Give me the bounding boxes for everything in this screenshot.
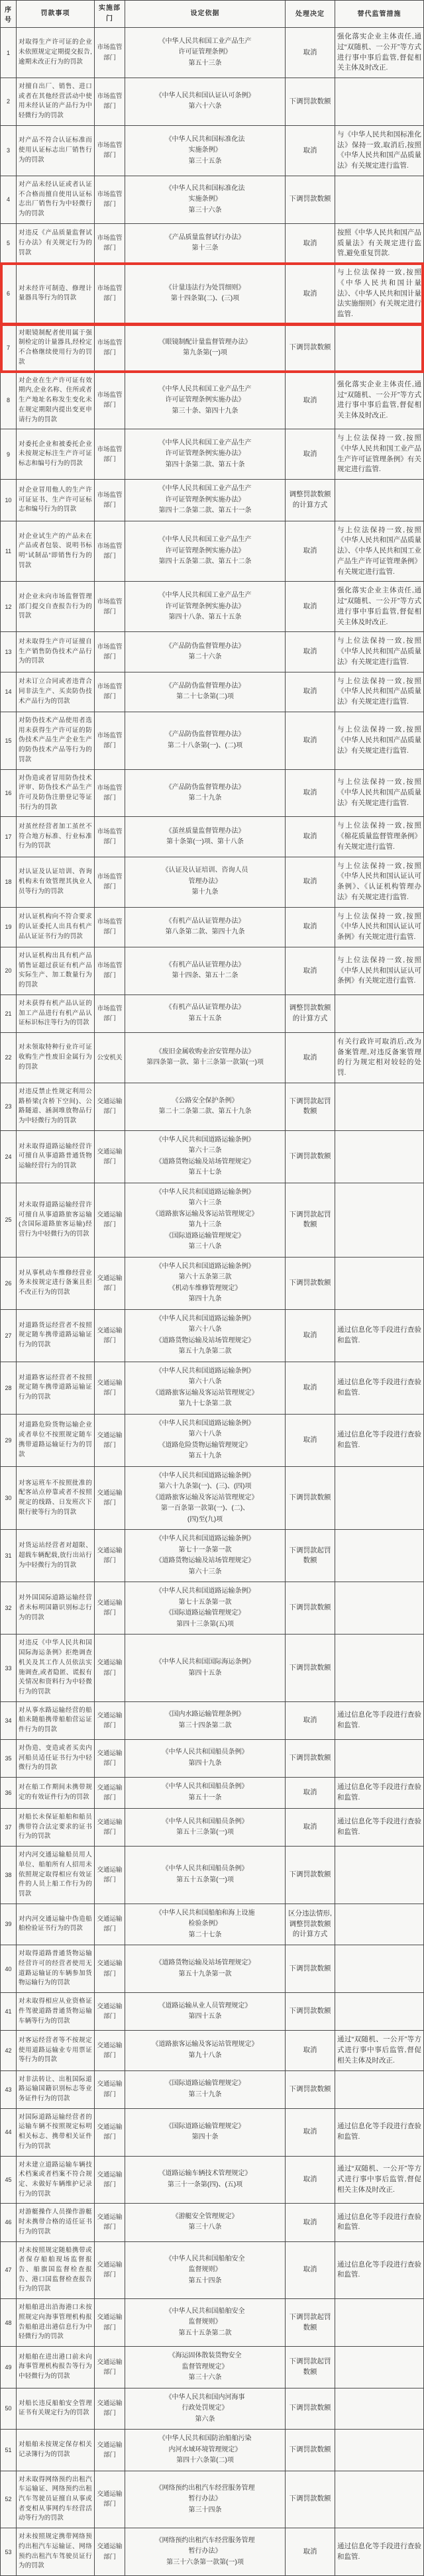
handling-decision: 下调罚款数额 <box>286 176 335 223</box>
row-number: 20 <box>1 947 17 994</box>
alternative-measure-text <box>335 325 423 372</box>
implementing-department: 交通运输部门 <box>95 1847 125 1904</box>
alternative-measure-text <box>335 78 423 125</box>
row-number: 19 <box>1 908 17 947</box>
alternative-measure-text: 强化落实企业主体责任,通过“双随机、一公开”等方式进行事中事后监管,督促相关主体… <box>335 582 423 631</box>
row-number: 38 <box>1 1847 17 1904</box>
implementing-department: 交通运输部门 <box>95 1258 125 1309</box>
row-number: 4 <box>1 176 17 223</box>
penalty-item-text: 对道路货运经营者不按照规定随车携带道路运输证行为的罚款 <box>17 1310 95 1362</box>
legal-basis-text: 《中华人民共和国道路运输条例》 第七十一条第一款 《道路货物运输及站场管理规定》… <box>125 1530 286 1582</box>
legal-basis-text: 《道路运输从业人员管理规定》 第四十五条 <box>125 1993 286 2030</box>
table-row: 43 对非法转让、出租国际道路运输国籍识别标志等业务证件行为的罚款 交通运输部门… <box>1 2071 423 2109</box>
penalty-item-text: 对从事机动车维修经营业务未按规定进行备案且拒不改正行为的罚款 <box>17 1258 95 1309</box>
alternative-measure-text: 通过信息化等手段进行查验和监管. <box>335 2109 423 2156</box>
penalty-item-text: 对未取得生产许可证擅自生产销售防伪技术产品行为的罚款 <box>17 632 95 671</box>
handling-decision: 取消 <box>286 372 335 429</box>
penalty-item-text: 对产品未经认证或者认证不合格而擅自使用认证标志出厂销售行为中轻微行为的罚款 <box>17 176 95 223</box>
row-number: 45 <box>1 2157 17 2204</box>
row-number: 39 <box>1 1904 17 1945</box>
table-row: 50 对船长违反船舶安全管理证书有关规定行为的罚款 交通运输部门 《中华人民共和… <box>1 2388 423 2430</box>
row-number: 1 <box>1 28 17 78</box>
penalty-adjustment-table: 序号 罚款事项 实施部门 设定依据 处理决定 替代监管措施 1 对取得生产许可证… <box>0 0 424 2576</box>
row-number: 33 <box>1 1635 17 1701</box>
penalty-item-text: 对未取得道路运输经营许可擅自从事道路普通货物运输经营行为的罚款 <box>17 1131 95 1183</box>
handling-decision: 取消 <box>286 429 335 479</box>
table-row: 25 对未取得道路运输经营许可擅自从事道路旅客运输(含国际道路旅客运输)经营行为… <box>1 1183 423 1258</box>
alternative-measure-text: 通过信息化等手段进行查验和监管. <box>335 1415 423 1466</box>
table-row: 38 对内河交通运输船员用人单位、船舶所有人招用未依照规定取得相应有效证件的人员… <box>1 1847 423 1904</box>
alternative-measure-text <box>335 1530 423 1582</box>
penalty-item-text: 对未取得网络预约出租汽车运输证、网络预约出租汽车驾驶员证擅自从事或者变相从事网约… <box>17 2471 95 2528</box>
row-number: 31 <box>1 1530 17 1582</box>
row-number: 16 <box>1 770 17 817</box>
legal-basis-text: 《中华人民共和国船舶和海上设施 检验条例》 第二十七条 <box>125 1904 286 1945</box>
row-number: 46 <box>1 2204 17 2241</box>
penalty-item-text: 对在船工作期间未携带规定的有效证件行为的罚款 <box>17 1778 95 1808</box>
handling-decision: 取消 <box>286 817 335 856</box>
implementing-department: 市场监管部门 <box>95 78 125 125</box>
implementing-department: 交通运输部门 <box>95 2430 125 2471</box>
alternative-measure-text: 强化落实企业主体责任,通过“双随机、一公开”等方式进行事中事后监管,督促相关主体… <box>335 28 423 78</box>
handling-decision: 取消 <box>286 1033 335 1083</box>
legal-basis-text: 《产品防伪监督管理办法》 第二十六条 <box>125 632 286 671</box>
legal-basis-text: 《中华人民共和国道路运输条例》 第六十三条 《道路旅客运输及客运站管理规定》 第… <box>125 1183 286 1257</box>
handling-decision: 取消 <box>286 521 335 582</box>
legal-basis-text: 《茧丝质量监督管理办法》 第十条第(一)项、第十八条 <box>125 817 286 856</box>
row-number: 18 <box>1 857 17 907</box>
legal-basis-text: 《国内水路运输管理条例》 第三十四条第二款 <box>125 1702 286 1739</box>
table-row: 2 对擅自出厂、销售、进口或者在其他经营活动中使用未经认证的产品行为中轻微行为的… <box>1 78 423 126</box>
alternative-measure-text: 与上位法保持一致,按照《中华人民共和国计量法》、《中华人民共和国计量法实施细则》… <box>335 264 423 324</box>
penalty-item-text: 对擅自出厂、销售、进口或者在其他经营活动中使用未经认证的产品行为中轻微行为的罚款 <box>17 78 95 125</box>
table-row: 44 对国际道路运输经营者的运输车辆不按照规定标明相关标志、携带相关证件行为的罚… <box>1 2109 423 2157</box>
handling-decision: 取消 <box>286 2528 335 2575</box>
legal-basis-text: 《中华人民共和国道路运输条例》 第七十五条第一款 《国际道路运输管理规定》 第四… <box>125 1582 286 1634</box>
table-row: 3 对产品不符合认证标准而使用认证标志出厂销售行为的罚款 市场监管部门 《中华人… <box>1 126 423 176</box>
penalty-item-text: 对客运班车不按照批准的配客站点停靠或者不按照规定的线路、日发班次下限行驶等行为的… <box>17 1467 95 1530</box>
implementing-department: 市场监管部门 <box>95 480 125 521</box>
row-number: 32 <box>1 1582 17 1634</box>
implementing-department: 公安机关 <box>95 1033 125 1083</box>
handling-decision: 取消 <box>286 1310 335 1362</box>
penalty-item-text: 对企业冒用他人的生产许可证证书、生产许可证标志和编号行为的罚款 <box>17 480 95 521</box>
alternative-measure-text: 通过信息化等手段进行查验和监管. <box>335 1362 423 1414</box>
penalty-item-text: 对未取得道路运输经营许可擅自从事道路旅客运输(含国际道路旅客运输)经营行为中轻微… <box>17 1183 95 1257</box>
alternative-measure-text: 通过信息化等手段进行查验和监管. <box>335 1310 423 1362</box>
row-number: 25 <box>1 1183 17 1257</box>
handling-decision: 下调罚款数额 <box>286 1993 335 2030</box>
alternative-measure-text <box>335 2430 423 2471</box>
alternative-measure-text <box>335 2471 423 2528</box>
table-row: 49 对船舶在进出港口前未向海事管理机构报告等行为中轻微行为的罚款 交通运输部门… <box>1 2347 423 2388</box>
row-number: 15 <box>1 712 17 769</box>
alternative-measure-text: 与上位法保持一致,按照《中华人民共和国产品质量法》有关规定进行监管. <box>335 712 423 769</box>
table-row: 4 对产品未经认证或者认证不合格而擅自使用认证标志出厂销售行为中轻微行为的罚款 … <box>1 176 423 224</box>
implementing-department: 市场监管部门 <box>95 770 125 817</box>
penalty-item-text: 对防伪技术产品使用者选用未获得生产许可证的防伪技术产品生产企业生产的防伪技术产品… <box>17 712 95 769</box>
alternative-measure-text: 有关行政许可取消后,改为备案管理,对违反备案管理的行为规定相对较轻的处罚. <box>335 1033 423 1083</box>
legal-basis-text: 《道路运输车辆技术管理规定》 第三十一条第(四)、(五)项 <box>125 2157 286 2204</box>
legal-basis-text: 《中华人民共和国工业产品生产 许可证管理条例》 第五十三条 <box>125 28 286 78</box>
row-number: 17 <box>1 817 17 856</box>
penalty-item-text: 对客运经营者等不按规定使用道路运输业专用票证等行为的罚款 <box>17 2031 95 2070</box>
table-row: 47 对未按照规定随船携带或者保存船舶现场监督报告、船旗国监督检查报告、港口国监… <box>1 2242 423 2300</box>
penalty-item-text: 对未按照规定随船携带或者保存船舶现场监督报告、船旗国监督检查报告、港口国监督检查… <box>17 2242 95 2299</box>
legal-basis-text: 《有机产品认证管理办法》 第八条第二款、第四十九条 <box>125 908 286 947</box>
penalty-item-text: 对内河交通运输船员用人单位、船舶所有人招用未依照规定取得相应有效证件的人员上船工… <box>17 1847 95 1904</box>
legal-basis-text: 《中华人民共和国认证认可条例》 第六十六条 <box>125 78 286 125</box>
legal-basis-text: 《海运固体散装货物安全 监督管理规定》 第三十六条 <box>125 2347 286 2388</box>
penalty-item-text: 对船舶进出沿海港口未按照规定向海事管理机构报告船舶进出港信息行为中轻微行为的罚款 <box>17 2299 95 2346</box>
table-row: 14 对未订立合同或者违背合同非法生产、买卖防伪技术产品行为的罚款 市场监管部门… <box>1 672 423 712</box>
handling-decision: 取消 <box>286 264 335 324</box>
handling-decision: 下调罚款数额 <box>286 2388 335 2430</box>
handling-decision: 下调罚款起罚数额 <box>286 2347 335 2388</box>
implementing-department: 市场监管部门 <box>95 372 125 429</box>
row-number: 9 <box>1 429 17 479</box>
table-row: 31 对货运站经营者对超限、超载车辆配载,放行出站行为中轻微行为的罚款 交通运输… <box>1 1530 423 1582</box>
alternative-measure-text <box>335 2299 423 2346</box>
alternative-measure-text: 与上位法保持一致,按照《中华人民共和国产品质量法》有关规定进行监管. <box>335 672 423 712</box>
penalty-item-text: 对国际道路运输经营者的运输车辆不按照规定标明相关标志、携带相关证件行为的罚款 <box>17 2109 95 2156</box>
alternative-measure-text: 按照《中华人民共和国产品质量法》有关规定进行监管,避免重复罚款. <box>335 224 423 263</box>
penalty-item-text: 对企业试生产的产品未在产品或者包装、说明书标明“试制品”即销售行为的罚款 <box>17 521 95 582</box>
legal-basis-text: 《中华人民共和国内河海事 行政处罚规定》 第六条 <box>125 2388 286 2430</box>
table-row: 13 对未取得生产许可证擅自生产销售防伪技术产品行为的罚款 市场监管部门 《产品… <box>1 632 423 672</box>
implementing-department: 市场监管部门 <box>95 712 125 769</box>
alternative-measure-text <box>335 1945 423 1992</box>
legal-basis-text: 《中华人民共和国船员条例》 第五十三条第(一)项 <box>125 1809 286 1846</box>
table-row: 37 对船长未保证船舶和船员携带符合法定要求的证书行为的罚款 交通运输部门 《中… <box>1 1809 423 1847</box>
implementing-department: 交通运输部门 <box>95 1467 125 1530</box>
row-number: 2 <box>1 78 17 125</box>
alternative-measure-text <box>335 1467 423 1530</box>
penalty-item-text: 对未取得相应从业资格证件驾驶道路普通货物运输车辆等行为的罚款 <box>17 1993 95 2030</box>
alternative-measure-text <box>335 1131 423 1183</box>
penalty-item-text: 对船舶未按规定保存相关记录簿行为的罚款 <box>17 2430 95 2471</box>
legal-basis-text: 《国际道路运输管理规定》 第三十九条 <box>125 2071 286 2108</box>
table-row: 5 对违反《产品质量监督试行办法》有关规定行为的罚款 市场监管部门 《产品质量监… <box>1 224 423 264</box>
legal-basis-text: 《中华人民共和国工业产品生产 许可证管理条例实施办法》 第四十二条第二款、第五十… <box>125 480 286 521</box>
row-number: 13 <box>1 632 17 671</box>
handling-decision: 下调罚款数额 <box>286 78 335 125</box>
penalty-item-text: 对委托企业和被委托企业未按规定标注生产许可证标志和编号行为的罚款 <box>17 429 95 479</box>
implementing-department: 市场监管部门 <box>95 947 125 994</box>
legal-basis-text: 《废旧金属收购业治安管理办法》 第四条第一款、第十三条第一款第(一)项 <box>125 1033 286 1083</box>
implementing-department: 交通运输部门 <box>95 2204 125 2241</box>
implementing-department: 交通运输部门 <box>95 1415 125 1466</box>
table-body: 1 对取得生产许可证的企业未依照规定定期提交报告,逾期未改正行为的罚款 市场监管… <box>1 28 423 2575</box>
alternative-measure-text: 通过信息化等手段进行查验和监管. <box>335 2204 423 2241</box>
legal-basis-text: 《中华人民共和国道路运输条例》 第六十八条 《道路危险货物运输管理规定》 第五十… <box>125 1415 286 1466</box>
legal-basis-text: 《中华人民共和国工业产品生产 许可证管理条例实施办法》 第四十五条第二款、第五十… <box>125 521 286 582</box>
penalty-item-text: 对从事水路运输经营的船舶未随船携带船舶营运证件行为的罚款 <box>17 1702 95 1739</box>
legal-basis-text: 《中华人民共和国标准化法 实施条例》 第三十六条 <box>125 176 286 223</box>
implementing-department: 市场监管部门 <box>95 582 125 631</box>
table-row: 12 对企业未向市场监督管理部门提交自查报告行为的罚款 市场监管部门 《中华人民… <box>1 582 423 632</box>
row-number: 6 <box>1 264 17 324</box>
alternative-measure-text: 与上位法保持一致,按照《中华人民共和国工业产品生产许可证管理条例》有关规定进行监… <box>335 429 423 479</box>
row-number: 5 <box>1 224 17 263</box>
alternative-measure-text: 通过“双随机、一公开”等方式进行事中事后监管,督促相关主体及时改正. <box>335 2031 423 2070</box>
table-row: 11 对企业试生产的产品未在产品或者包装、说明书标明“试制品”即销售行为的罚款 … <box>1 521 423 582</box>
row-number: 44 <box>1 2109 17 2156</box>
alternative-measure-text <box>335 1635 423 1701</box>
row-number: 3 <box>1 126 17 176</box>
row-number: 23 <box>1 1083 17 1130</box>
handling-decision: 取消 <box>286 1702 335 1739</box>
handling-decision: 取消 <box>286 857 335 907</box>
implementing-department: 交通运输部门 <box>95 2471 125 2528</box>
table-row: 46 对游艇操作人员操作游艇时未携带合格的适任证书行为的罚款 交通运输部门 《游… <box>1 2204 423 2241</box>
penalty-item-text: 对内河交通运输中伪造船舶检验证书行为的罚款 <box>17 1904 95 1945</box>
alternative-measure-text: 与上位法保持一致,按照《中华人民共和国认证认可条例》有关规定进行监管. <box>335 947 423 994</box>
handling-decision: 取消 <box>286 1809 335 1846</box>
penalty-item-text: 对取得生产许可证的企业未依照规定定期提交报告,逾期未改正行为的罚款 <box>17 28 95 78</box>
row-number: 52 <box>1 2471 17 2528</box>
alternative-measure-text <box>335 1904 423 1945</box>
penalty-item-text: 对眼镜制配者使用属于强制检定的计量器具,经检定不合格继续使用行为的罚款 <box>17 325 95 372</box>
implementing-department: 市场监管部门 <box>95 28 125 78</box>
implementing-department: 市场监管部门 <box>95 908 125 947</box>
penalty-item-text: 对外国国际道路运输经营者未标明国籍识别标志行为的罚款 <box>17 1582 95 1634</box>
alternative-measure-text: 强化落实企业主体责任,通过“双随机、一公开”等方式进行事中事后监管,督促相关主体… <box>335 372 423 429</box>
col-header-alternative-measure: 替代监管措施 <box>335 1 423 27</box>
penalty-item-text: 对违反《产品质量监督试行办法》有关规定行为的罚款 <box>17 224 95 263</box>
handling-decision: 调整罚款数额的计算方式 <box>286 995 335 1032</box>
implementing-department: 交通运输部门 <box>95 1530 125 1582</box>
implementing-department: 交通运输部门 <box>95 2299 125 2346</box>
row-number: 37 <box>1 1809 17 1846</box>
penalty-item-text: 对产品不符合认证标准而使用认证标志出厂销售行为的罚款 <box>17 126 95 176</box>
table-row: 36 对在船工作期间未携带规定的有效证件行为的罚款 交通运输部门 《中华人民共和… <box>1 1778 423 1809</box>
table-row: 27 对道路货运经营者不按照规定随车携带道路运输证行为的罚款 交通运输部门 《中… <box>1 1310 423 1362</box>
row-number: 11 <box>1 521 17 582</box>
legal-basis-text: 《中华人民共和国道路运输条例》 第六十八条 《道路货物运输及站场管理规定》 第五… <box>125 1310 286 1362</box>
legal-basis-text: 《产品质量监督试行办法》 第十三条 <box>125 224 286 263</box>
table-row: 48 对船舶进出沿海港口未按照规定向海事管理机构报告船舶进出港信息行为中轻微行为… <box>1 2299 423 2347</box>
handling-decision: 取消 <box>286 2109 335 2156</box>
alternative-measure-text <box>335 995 423 1032</box>
col-header-department: 实施部门 <box>95 1 125 27</box>
legal-basis-text: 《中华人民共和国防治船舶污染 内河水域环境管理规定》 第四十六条第(二)项 <box>125 2430 286 2471</box>
implementing-department: 交通运输部门 <box>95 1083 125 1130</box>
implementing-department: 交通运输部门 <box>95 1809 125 1846</box>
row-number: 7 <box>1 325 17 372</box>
handling-decision: 区分违法情形,调整罚款数额的计算方式 <box>286 1904 335 1945</box>
row-number: 28 <box>1 1362 17 1414</box>
handling-decision: 下调罚款数额 <box>286 1945 335 1992</box>
handling-decision: 取消 <box>286 2242 335 2299</box>
legal-basis-text: 《道路货物运输及站场管理规定》 第五十九条第一款 <box>125 1945 286 1992</box>
alternative-measure-text: 与《中华人民共和国标准化法》保持一致,取消后,按照《中华人民共和国产品质量法》有… <box>335 126 423 176</box>
implementing-department: 交通运输部门 <box>95 1702 125 1739</box>
legal-basis-text: 《网络预约出租汽车经营服务管理 暂行办法》 第三十四条 <box>125 2471 286 2528</box>
handling-decision: 取消 <box>286 908 335 947</box>
implementing-department: 交通运输部门 <box>95 2157 125 2204</box>
table-row: 18 对认证及认证培训、咨询机构未有效管理其执业人员等行为的罚款 市场监管部门 … <box>1 857 423 908</box>
alternative-measure-text <box>335 1847 423 1904</box>
legal-basis-text: 《中华人民共和国标准化法 实施条例》 第三十五条 <box>125 126 286 176</box>
handling-decision: 下调罚款数额 <box>286 1582 335 1634</box>
penalty-item-text: 对未领取特种行业许可证收购生产性废旧金属行为的罚款 <box>17 1033 95 1083</box>
alternative-measure-text: 通过信息化等手段进行查验和监管. <box>335 2528 423 2575</box>
implementing-department: 市场监管部门 <box>95 429 125 479</box>
table-row: 53 对未按照规定携带网络预约出租汽车运输证、网络预约出租汽车驾驶员证行为的罚款… <box>1 2528 423 2575</box>
handling-decision: 下调罚款数额 <box>286 1635 335 1701</box>
legal-basis-text: 《中华人民共和国船舶安全 监督规则》 第五十五条第二款 <box>125 2299 286 2346</box>
row-number: 47 <box>1 2242 17 2299</box>
handling-decision: 取消 <box>286 672 335 712</box>
handling-decision: 下调罚款起罚数额 <box>286 2299 335 2346</box>
implementing-department: 交通运输部门 <box>95 1310 125 1362</box>
row-number: 14 <box>1 672 17 712</box>
penalty-item-text: 对道路客运经营者不按照规定随车携带道路运输证行为的罚款 <box>17 1362 95 1414</box>
alternative-measure-text <box>335 1993 423 2030</box>
handling-decision: 取消 <box>286 1415 335 1466</box>
legal-basis-text: 《中华人民共和国道路运输条例》 第六十八条 《道路旅客运输及客运站管理规定》 第… <box>125 1362 286 1414</box>
alternative-measure-text <box>335 1183 423 1257</box>
alternative-measure-text <box>335 2388 423 2430</box>
legal-basis-text: 《道路旅客运输及客运站管理规定》 第九十八条 <box>125 2031 286 2070</box>
handling-decision: 取消 <box>286 2157 335 2204</box>
handling-decision: 下调罚款数额 <box>286 2471 335 2528</box>
alternative-measure-text: 通过信息化等手段进行查验和监管. <box>335 1809 423 1846</box>
table-row: 30 对客运班车不按照批准的配客站点停靠或者不按照规定的线路、日发班次下限行驶等… <box>1 1467 423 1530</box>
table-row: 51 对船舶未按规定保存相关记录簿行为的罚款 交通运输部门 《中华人民共和国防治… <box>1 2430 423 2471</box>
table-row: 34 对从事水路运输经营的船舶未随船携带船舶营运证件行为的罚款 交通运输部门 《… <box>1 1702 423 1740</box>
implementing-department: 交通运输部门 <box>95 2388 125 2430</box>
col-header-index: 序号 <box>1 1 17 27</box>
alternative-measure-text <box>335 1258 423 1309</box>
table-row: 15 对防伪技术产品使用者选用未获得生产许可证的防伪技术产品生产企业生产的防伪技… <box>1 712 423 770</box>
table-row: 22 对未领取特种行业许可证收购生产性废旧金属行为的罚款 公安机关 《废旧金属收… <box>1 1033 423 1083</box>
table-row: 29 对道路危险货物运输企业或者单位不按照规定随车携带道路运输证行为的罚款 交通… <box>1 1415 423 1467</box>
implementing-department: 市场监管部门 <box>95 632 125 671</box>
penalty-item-text: 对船长违反船舶安全管理证书有关规定行为的罚款 <box>17 2388 95 2430</box>
row-number: 53 <box>1 2528 17 2575</box>
alternative-measure-text: 通过信息化等手段进行查验和监管. <box>335 2242 423 2299</box>
row-number: 24 <box>1 1131 17 1183</box>
implementing-department: 市场监管部门 <box>95 672 125 712</box>
table-row: 42 对客运经营者等不按规定使用道路运输业专用票证等行为的罚款 交通运输部门 《… <box>1 2031 423 2070</box>
row-number: 21 <box>1 995 17 1032</box>
table-row: 28 对道路客运经营者不按照规定随车携带道路运输证行为的罚款 交通运输部门 《中… <box>1 1362 423 1415</box>
handling-decision: 下调罚款数额 <box>286 1847 335 1904</box>
alternative-measure-text: 与上位法保持一致,按照《中华人民共和国产品质量法》有关规定进行监管. <box>335 632 423 671</box>
penalty-item-text: 对未按照规定携带网络预约出租汽车运输证、网络预约出租汽车驾驶员证行为的罚款 <box>17 2528 95 2575</box>
legal-basis-text: 《中华人民共和国道路运输条例》 第六十五条第三款 《机动车维修管理规定》 第四十… <box>125 1258 286 1309</box>
alternative-measure-text <box>335 480 423 521</box>
alternative-measure-text: 与上位法保持一致,按照《中华人民共和国认证认可条例》、《认证机构管理办法》有关规… <box>335 857 423 907</box>
implementing-department: 交通运输部门 <box>95 1904 125 1945</box>
handling-decision: 取消 <box>286 1362 335 1414</box>
implementing-department: 交通运输部门 <box>95 2242 125 2299</box>
row-number: 26 <box>1 1258 17 1309</box>
table-row: 17 对茧丝经营者加工茧丝不符合地方标准、行业标准行为的罚款 市场监管部门 《茧… <box>1 817 423 857</box>
legal-basis-text: 《游艇安全管理规定》 第三十八条 <box>125 2204 286 2241</box>
handling-decision: 取消 <box>286 712 335 769</box>
handling-decision: 取消 <box>286 1778 335 1808</box>
penalty-item-text: 对船长未保证船舶和船员携带符合法定要求的证书行为的罚款 <box>17 1809 95 1846</box>
handling-decision: 调整罚款数额的计算方式 <box>286 480 335 521</box>
table-row: 40 对取得道路普通货物运输经营许可的经营者使用无道路运输证的车辆参加货物运输行… <box>1 1945 423 1993</box>
implementing-department: 交通运输部门 <box>95 2031 125 2070</box>
penalty-item-text: 对企业在生产许可证有效期内,企业名称、住所或者生产地址名称发生变化未在规定期限内… <box>17 372 95 429</box>
penalty-item-text: 对船舶在进出港口前未向海事管理机构报告等行为中轻微行为的罚款 <box>17 2347 95 2388</box>
row-number: 29 <box>1 1415 17 1466</box>
legal-basis-text: 《有机产品认证管理办法》 第五十五条 <box>125 995 286 1032</box>
table-row: 8 对企业在生产许可证有效期内,企业名称、住所或者生产地址名称发生变化未在规定期… <box>1 372 423 430</box>
table-row: 33 对违反《中华人民共和国国际海运条例》拒绝调查机关及其工作人员依法实施调查,… <box>1 1635 423 1701</box>
alternative-measure-text: 通过信息化等手段进行查验和监管. <box>335 1778 423 1808</box>
legal-basis-text: 《国际道路运输管理规定》 第四十条 <box>125 2109 286 2156</box>
alternative-measure-text <box>335 176 423 223</box>
implementing-department: 市场监管部门 <box>95 857 125 907</box>
table-row: 32 对外国国际道路运输经营者未标明国籍识别标志行为的罚款 交通运输部门 《中华… <box>1 1582 423 1635</box>
legal-basis-text: 《网络预约出租汽车经营服务管理 暂行办法》 第三十六条第一款第(一)项 <box>125 2528 286 2575</box>
implementing-department: 市场监管部门 <box>95 224 125 263</box>
alternative-measure-text: 与上位法保持一致,按照《中华人民共和国认证认可条例》有关规定进行监管. <box>335 908 423 947</box>
table-row: 45 对未建立道路运输车辆技术档案或者档案不符合规定、未做好车辆维护记录行为的罚… <box>1 2157 423 2204</box>
legal-basis-text: 《中华人民共和国船舶安全 监督规则》 第五十四条 <box>125 2242 286 2299</box>
penalty-item-text: 对违反《中华人民共和国国际海运条例》拒绝调查机关及其工作人员依法实施调查,或者隐… <box>17 1635 95 1701</box>
penalty-item-text: 对企业未向市场监督管理部门提交自查报告行为的罚款 <box>17 582 95 631</box>
row-number: 40 <box>1 1945 17 1992</box>
implementing-department: 交通运输部门 <box>95 2528 125 2575</box>
legal-basis-text: 《中华人民共和国船员条例》 第四十九条 <box>125 1740 286 1777</box>
handling-decision: 下调罚款数额 <box>286 1258 335 1309</box>
legal-basis-text: 《产品防伪监督管理办法》 第二十七条第(二)项 <box>125 672 286 712</box>
alternative-measure-text <box>335 1083 423 1130</box>
row-number: 8 <box>1 372 17 429</box>
implementing-department: 市场监管部门 <box>95 126 125 176</box>
row-number: 36 <box>1 1778 17 1808</box>
alternative-measure-text <box>335 1582 423 1634</box>
penalty-item-text: 对认证机构向不符合要求的认证委托人出具有机产品认证证书行为的罚款 <box>17 908 95 947</box>
col-header-legal-basis: 设定依据 <box>125 1 286 27</box>
table-row: 16 对伪造或者冒用防伪技术评审、防伪技术产品生产许可及防伪注册登记等证书行为的… <box>1 770 423 818</box>
row-number: 49 <box>1 2347 17 2388</box>
legal-basis-text: 《计量违法行为处罚细则》 第十四条第(二)、(三)项 <box>125 264 286 324</box>
handling-decision: 下调罚款数额 <box>286 1131 335 1183</box>
handling-decision: 下调罚款数额 <box>286 325 335 372</box>
implementing-department: 交通运输部门 <box>95 2109 125 2156</box>
penalty-item-text: 对认证及认证培训、咨询机构未有效管理其执业人员等行为的罚款 <box>17 857 95 907</box>
legal-basis-text: 《眼镜制配计量监督管理办法》 第九条第(一)项 <box>125 325 286 372</box>
implementing-department: 交通运输部门 <box>95 1635 125 1701</box>
legal-basis-text: 《产品防伪监督管理办法》 第二十九条 <box>125 770 286 817</box>
alternative-measure-text: 通过信息化等手段进行查验和监管. <box>335 1702 423 1739</box>
alternative-measure-text: 通过“双随机、一公开”等方式进行事中事后监管,督促相关主体及时改正. <box>335 2157 423 2204</box>
implementing-department: 交通运输部门 <box>95 1362 125 1414</box>
implementing-department: 交通运输部门 <box>95 1993 125 2030</box>
handling-decision: 取消 <box>286 224 335 263</box>
handling-decision: 下调罚款起罚数额 <box>286 1083 335 1130</box>
legal-basis-text: 《中华人民共和国工业产品生产 许可证管理条例实施办法》 第四十八条、第五十五条 <box>125 582 286 631</box>
row-number: 34 <box>1 1702 17 1739</box>
legal-basis-text: 《中华人民共和国工业产品生产 许可证管理条例实施办法》 第四十条第二款、第五十条 <box>125 429 286 479</box>
penalty-item-text: 对取得道路普通货物运输经营许可的经营者使用无道路运输证的车辆参加货物运输行为的罚… <box>17 1945 95 1992</box>
row-number: 43 <box>1 2071 17 2108</box>
penalty-item-text: 对非法转让、出租国际道路运输国籍识别标志等业务证件行为的罚款 <box>17 2071 95 2108</box>
table-row: 10 对企业冒用他人的生产许可证证书、生产许可证标志和编号行为的罚款 市场监管部… <box>1 480 423 521</box>
legal-basis-text: 《中华人民共和国国际海运条例》 第四十五条 <box>125 1635 286 1701</box>
penalty-item-text: 对违反禁止性规定利用公路桥梁(含桥下空间)、公路隧道、涵洞堆放物品行为中轻微行为… <box>17 1083 95 1130</box>
table-row: 35 对伪造、变造或者买卖内河船员适任证书行为中轻微行为的罚款 交通运输部门 《… <box>1 1740 423 1778</box>
implementing-department: 交通运输部门 <box>95 1740 125 1777</box>
